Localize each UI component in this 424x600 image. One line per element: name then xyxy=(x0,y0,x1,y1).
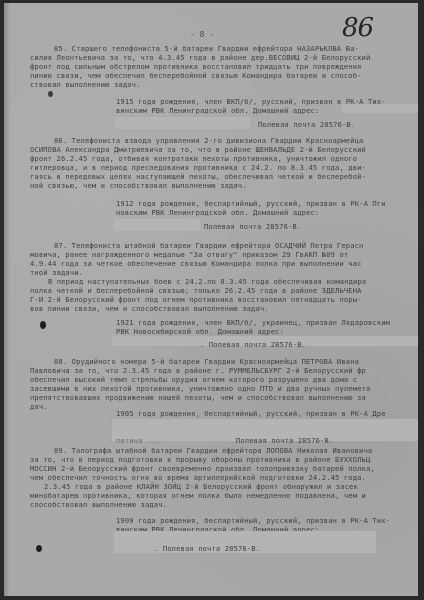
entry-text-line: препятствовавших продвижению нашей пехот… xyxy=(30,393,366,402)
entry-text-line: полка четкой и бесперебойной связью; тол… xyxy=(30,286,362,295)
entry-text-line: силия Леонтьевича за то, что 4.3.45 года… xyxy=(30,53,370,62)
folio-number: 86 xyxy=(342,13,373,43)
entry-text-line: минобатарею противника, которая огнем по… xyxy=(30,491,366,500)
entry-text-line: Г-И 2-й Белорусский фронт под огнем прот… xyxy=(30,295,362,304)
entry-text-line: В период наступательных боев с 24.2.по 8… xyxy=(48,277,366,286)
entry-text-line: Павловича за то, что 2.3.45 года в район… xyxy=(30,366,366,375)
entry-text-line: 88. Орудийного номера 5-й батареи Гварди… xyxy=(54,357,359,366)
redacted-address xyxy=(342,104,418,113)
entry-text-line: 4.9.44 года за четкое обеспечение связью… xyxy=(30,259,362,268)
entry-text-line: обеспечил высокий темп стрельбы орудия о… xyxy=(30,375,357,384)
entry-text-line: гитлеровца, и в период преследования про… xyxy=(30,163,366,172)
redacted-region xyxy=(114,117,250,129)
entry-text-line: 89. Топографа штабной батареи Гвардии еф… xyxy=(54,446,372,455)
bio-line: новским РВК Ленинградской обл. Домашний … xyxy=(116,208,319,217)
entry-text-line: способствовал выполнению задач. xyxy=(30,500,167,509)
entry-text-line: за то, что в период подготовки к прорыву… xyxy=(30,455,370,464)
entry-text-line: чем обеспечил точность огня во время арт… xyxy=(30,473,366,482)
postal-address: Полевая почта 28576-В. xyxy=(204,222,301,231)
bio-line: 1921 года рождения, член ВКП/б/, украине… xyxy=(116,318,390,327)
entry-text-line: фронт 26.2.45 года, отбивая контратаки п… xyxy=(30,154,357,163)
entry-text-line: гаясь в передовых цепях наступающей пехо… xyxy=(30,172,366,181)
ink-blot xyxy=(36,545,42,552)
bio-line: РВК Новосибирской обл. Домашний адрес: xyxy=(116,327,284,336)
postal-address: . Полевая почта 28576-В. xyxy=(154,544,260,553)
entry-text-line: тной задачи. xyxy=(30,268,83,277)
bio-line: 1912 года рождения, беспартийный, русски… xyxy=(116,199,386,208)
bio-line: 1905 года рождения, беспартийный, русски… xyxy=(116,409,386,418)
ink-mark xyxy=(48,91,53,97)
entry-text-line: мовича, ранее награжденного медалью "За … xyxy=(30,250,348,259)
page-number: - 8 - xyxy=(190,30,214,39)
entry-text-line: фронт под сильным обстрелом противника в… xyxy=(30,62,362,71)
postal-prefix: петина ... xyxy=(116,436,160,445)
entry-text-line: 2.3.45 года в районе КЛАЙН ЗОЙЦ 2-й Бело… xyxy=(44,482,358,491)
bio-line: 1909 года рождения, беспартийный, русски… xyxy=(116,516,390,525)
postal-address: Полевая почта 28576-В. xyxy=(258,120,355,129)
redacted-region xyxy=(114,219,200,231)
entry-text-line: линии связи, чем обеспечил бесперебойной… xyxy=(30,71,362,80)
entry-text-line: ОСИПОВА Александра Дмитриевича за то, чт… xyxy=(30,145,366,154)
ink-blot xyxy=(40,321,46,329)
entry-text-line: 87. Телефониста штабной батареи Гвардии … xyxy=(54,241,363,250)
entry-text-line: 85. Старшего телефониста 5-й батареи Гва… xyxy=(54,44,359,53)
postal-address: Полевая почта 28576-В. xyxy=(236,436,333,445)
entry-text-line: ствовал выполнению задач. xyxy=(30,80,141,89)
entry-text-line: дач. xyxy=(30,402,48,411)
bio-line: винским РВК Ленинградской обл. Домашний … xyxy=(116,106,319,115)
document-page: 86 - 8 - 85. Старшего телефониста 5-й ба… xyxy=(4,3,418,596)
page-edge-shadow xyxy=(4,3,10,596)
entry-text-line: засевшими в них пехотой противника, унич… xyxy=(30,384,370,393)
entry-text-line: ной связью, чем и способствовал выполнен… xyxy=(30,181,247,190)
entry-text-line: вов линии связи, чем и способствовал вып… xyxy=(30,304,269,313)
postal-address: . Полевая почта 28576-В. xyxy=(200,340,306,349)
entry-text-line: МОССИН 2-й Белорусский фронт своевременн… xyxy=(30,464,375,473)
entry-text-line: 86. Телефониста взвода управления 2-го д… xyxy=(54,136,363,145)
